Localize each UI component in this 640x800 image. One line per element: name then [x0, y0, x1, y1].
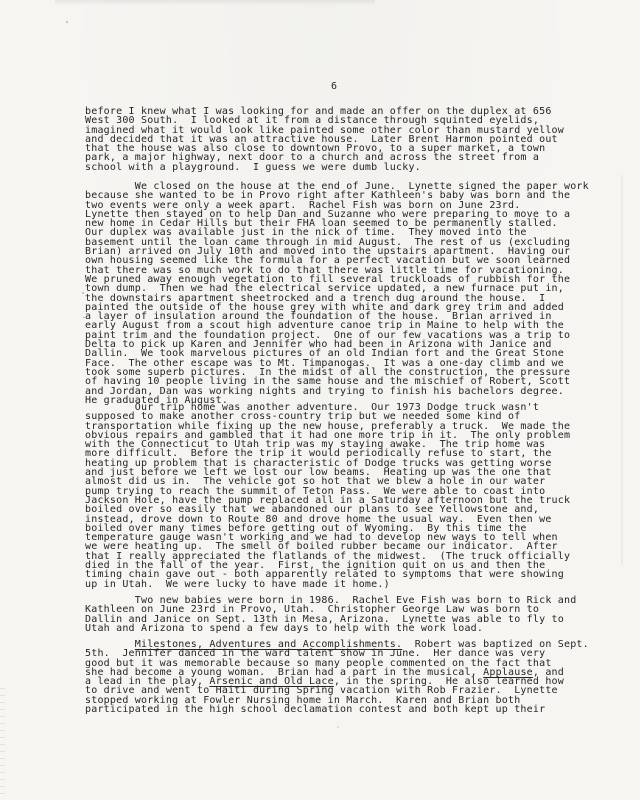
paragraph-milestones: Milestones, Adventures and Accomplishmen… — [85, 640, 590, 714]
paragraph-text: Two new babies were born in 1986. Rachel… — [85, 595, 576, 634]
paragraph-trip-home: Our trip home was another adventure. Our… — [85, 403, 590, 589]
paragraph-new-babies: Two new babies were born in 1986. Rachel… — [85, 596, 590, 633]
paragraph-moving-in: We closed on the house at the end of Jun… — [85, 182, 590, 405]
scan-edge-speckle — [0, 688, 5, 800]
scan-speck — [66, 21, 68, 23]
scan-speck — [82, 292, 84, 294]
paragraph-house-purchase: before I knew what I was looking for and… — [85, 107, 590, 172]
page-number: 6 — [331, 81, 337, 92]
scan-smudge — [55, 0, 375, 6]
paragraph-text: Our trip home was another adventure. Our… — [85, 402, 570, 590]
paragraph-text: We closed on the house at the end of Jun… — [85, 181, 589, 406]
paragraph-text: before I knew what I was looking for and… — [85, 106, 564, 173]
scan-speck — [337, 726, 339, 728]
document-page: 6 before I knew what I was looking for a… — [0, 0, 640, 800]
scan-streak — [621, 175, 623, 565]
